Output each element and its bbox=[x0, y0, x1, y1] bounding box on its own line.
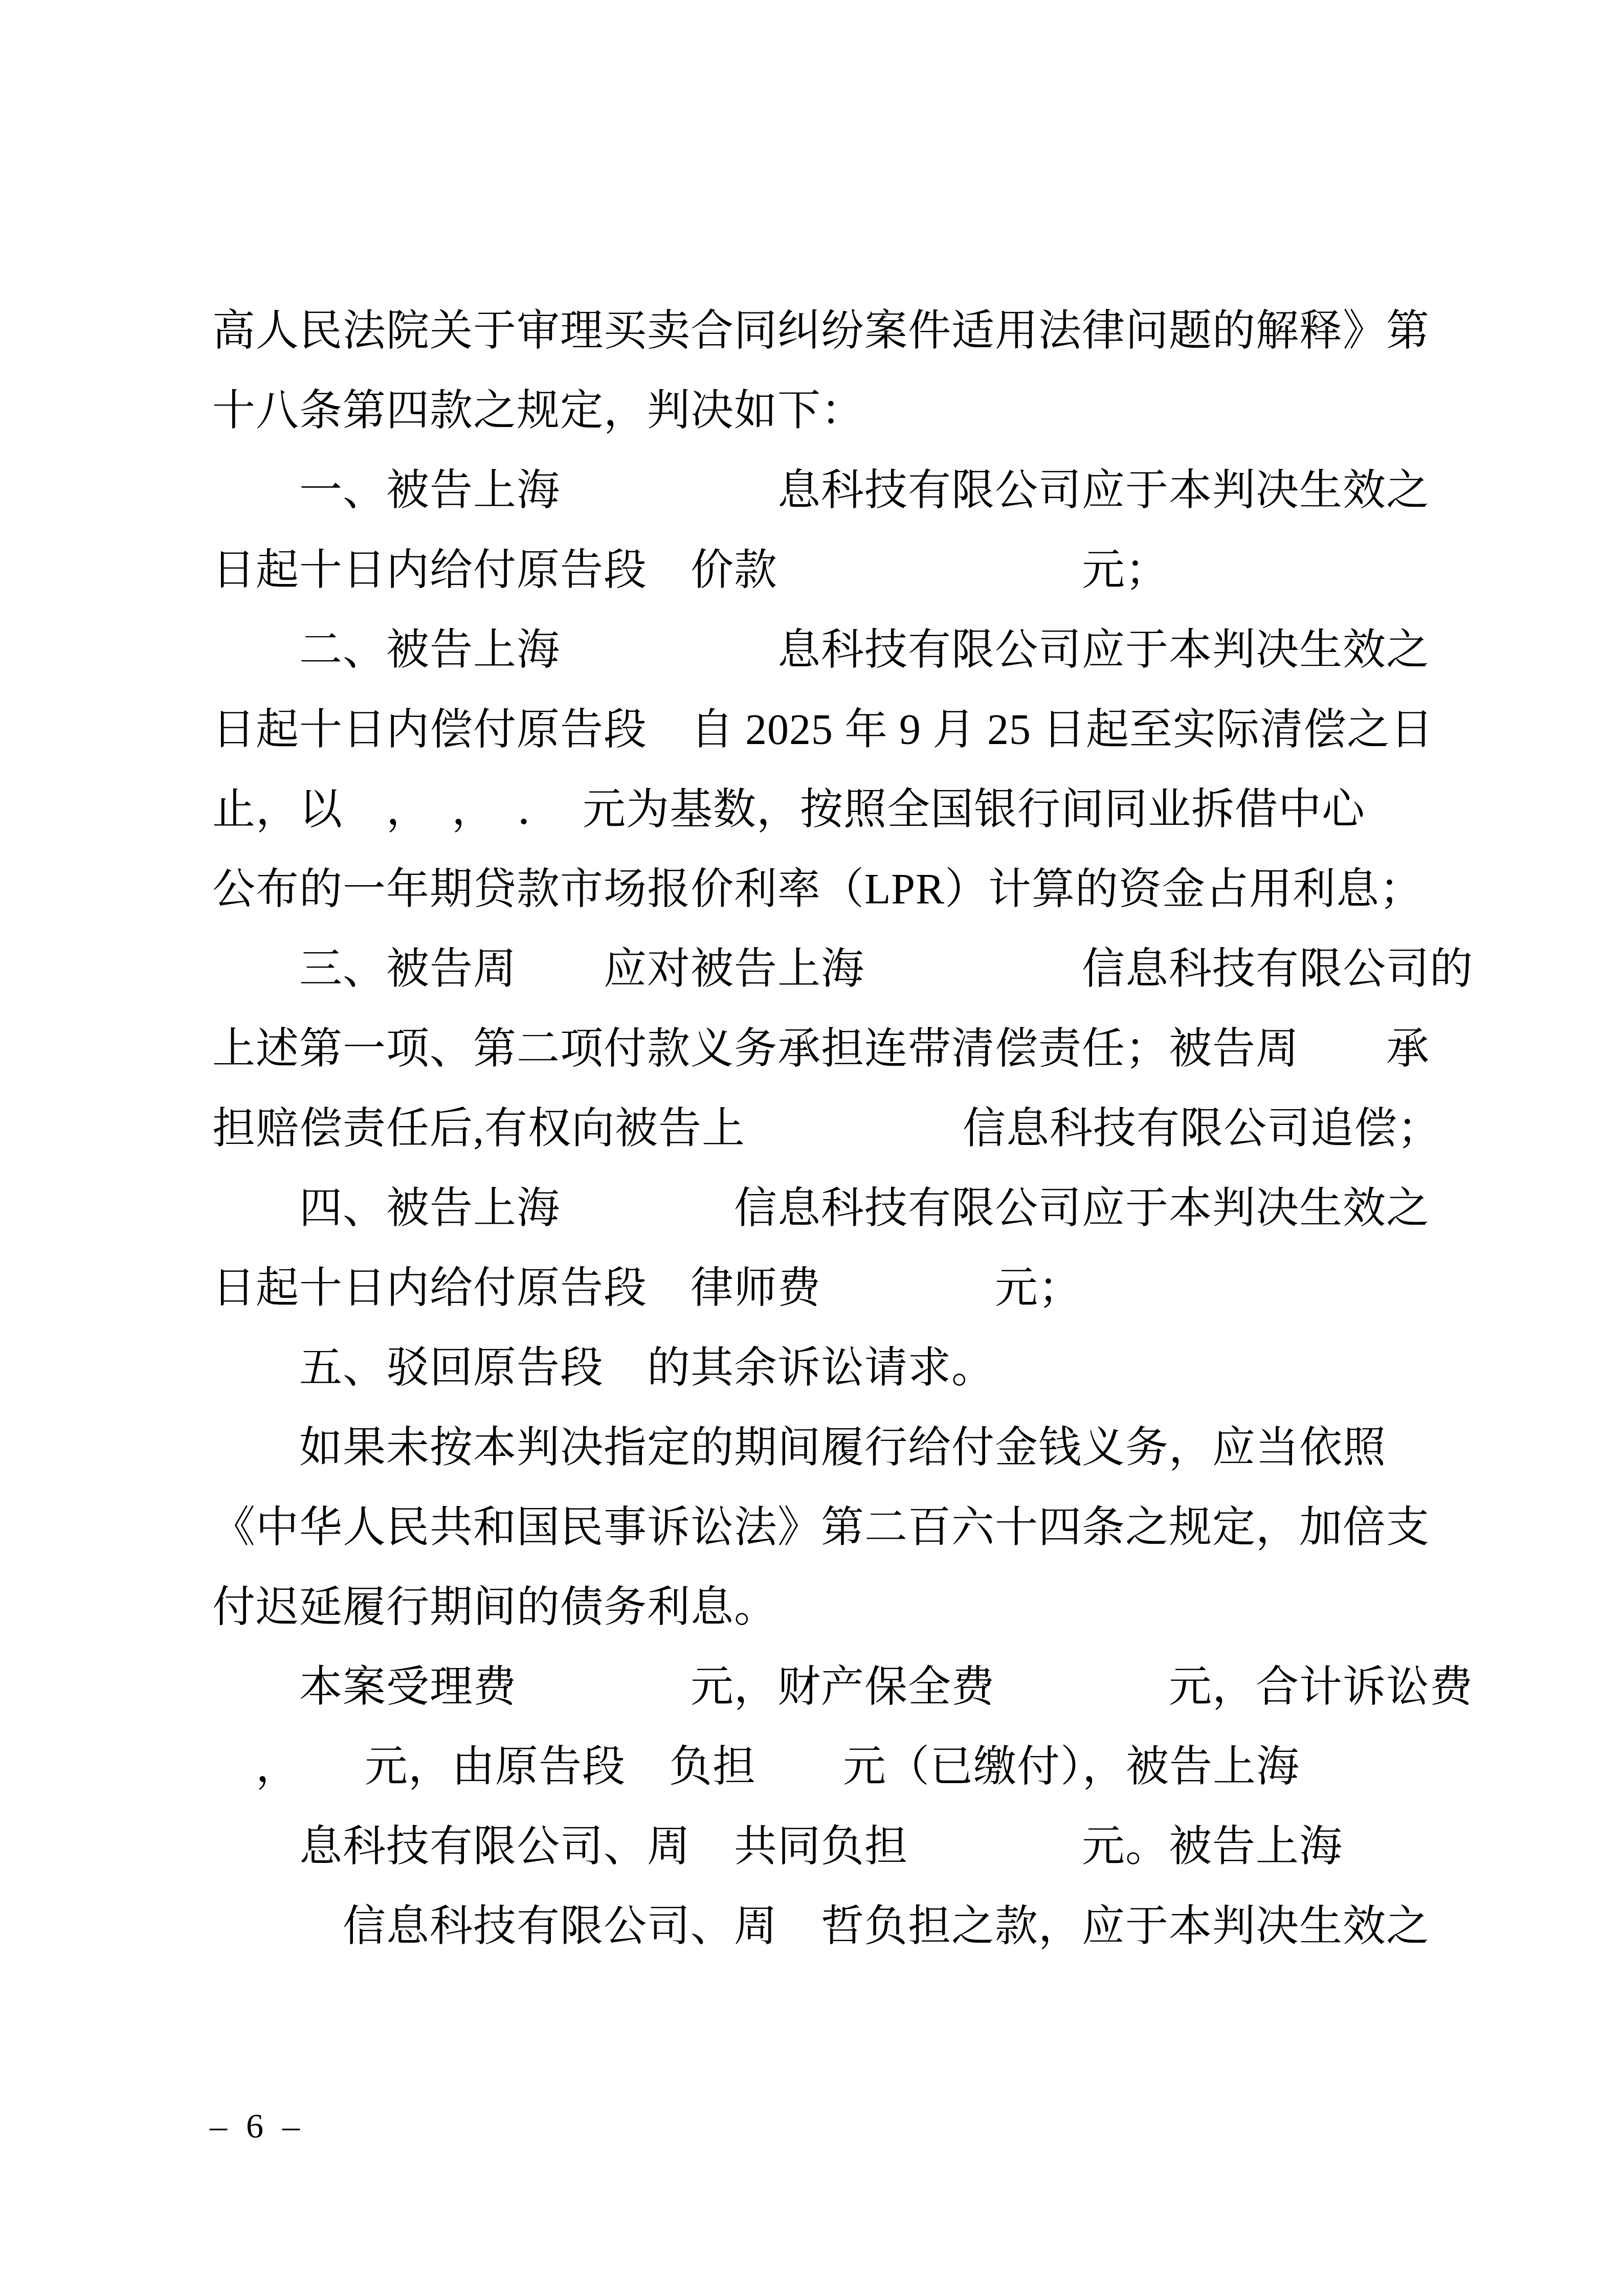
text-line: 公布的一年期贷款市场报价利率（LPR）计算的资金占用利息； bbox=[212, 850, 1471, 930]
text-line: 息科技有限公司、周 共同负担 元。被告上海 bbox=[212, 1807, 1471, 1887]
text-line: 本案受理费 元，财产保全费 元，合计诉讼费 bbox=[212, 1648, 1471, 1727]
text-line: 高人民法院关于审理买卖合同纠纷案件适用法律问题的解释》第 bbox=[212, 291, 1471, 371]
text-line: 四、被告上海 信息科技有限公司应于本判决生效之 bbox=[212, 1169, 1471, 1249]
text-line: 信息科技有限公司、周 哲负担之款，应于本判决生效之 bbox=[212, 1887, 1471, 1967]
text-line: 五、驳回原告段 的其余诉讼请求。 bbox=[212, 1329, 1471, 1408]
text-line: 日起十日内偿付原告段 自 2025 年 9 月 25 日起至实际清偿之日 bbox=[212, 690, 1471, 770]
text-line: 止，以 ， ， ． 元为基数，按照全国银行间同业拆借中心 bbox=[212, 770, 1471, 850]
text-line: 一、被告上海 息科技有限公司应于本判决生效之 bbox=[212, 451, 1471, 531]
text-line: 三、被告周 应对被告上海 信息科技有限公司的 bbox=[212, 930, 1471, 1009]
judgment-page: 高人民法院关于审理买卖合同纠纷案件适用法律问题的解释》第 十八条第四款之规定，判… bbox=[0, 0, 1624, 2296]
text-line: 担赔偿责任后,有权向被告上 信息科技有限公司追偿； bbox=[212, 1089, 1471, 1169]
text-line: 日起十日内给付原告段 律师费 元； bbox=[212, 1249, 1471, 1329]
text-line: 如果未按本判决指定的期间履行给付金钱义务，应当依照 bbox=[212, 1408, 1471, 1488]
text-line: 《中华人民共和国民事诉讼法》第二百六十四条之规定，加倍支 bbox=[212, 1488, 1471, 1568]
text-line: 付迟延履行期间的债务利息。 bbox=[212, 1568, 1471, 1648]
judgment-text: 高人民法院关于审理买卖合同纠纷案件适用法律问题的解释》第 十八条第四款之规定，判… bbox=[212, 291, 1471, 1967]
text-line: 上述第一项、第二项付款义务承担连带清偿责任；被告周 承 bbox=[212, 1009, 1471, 1089]
text-line: 二、被告上海 息科技有限公司应于本判决生效之 bbox=[212, 611, 1471, 690]
page-number: – 6 – bbox=[210, 2103, 305, 2149]
text-line: ， 元，由原告段 负担 元（已缴付），被告上海 bbox=[212, 1727, 1471, 1807]
text-line: 十八条第四款之规定，判决如下： bbox=[212, 371, 1471, 451]
text-line: 日起十日内给付原告段 价款 元； bbox=[212, 531, 1471, 611]
